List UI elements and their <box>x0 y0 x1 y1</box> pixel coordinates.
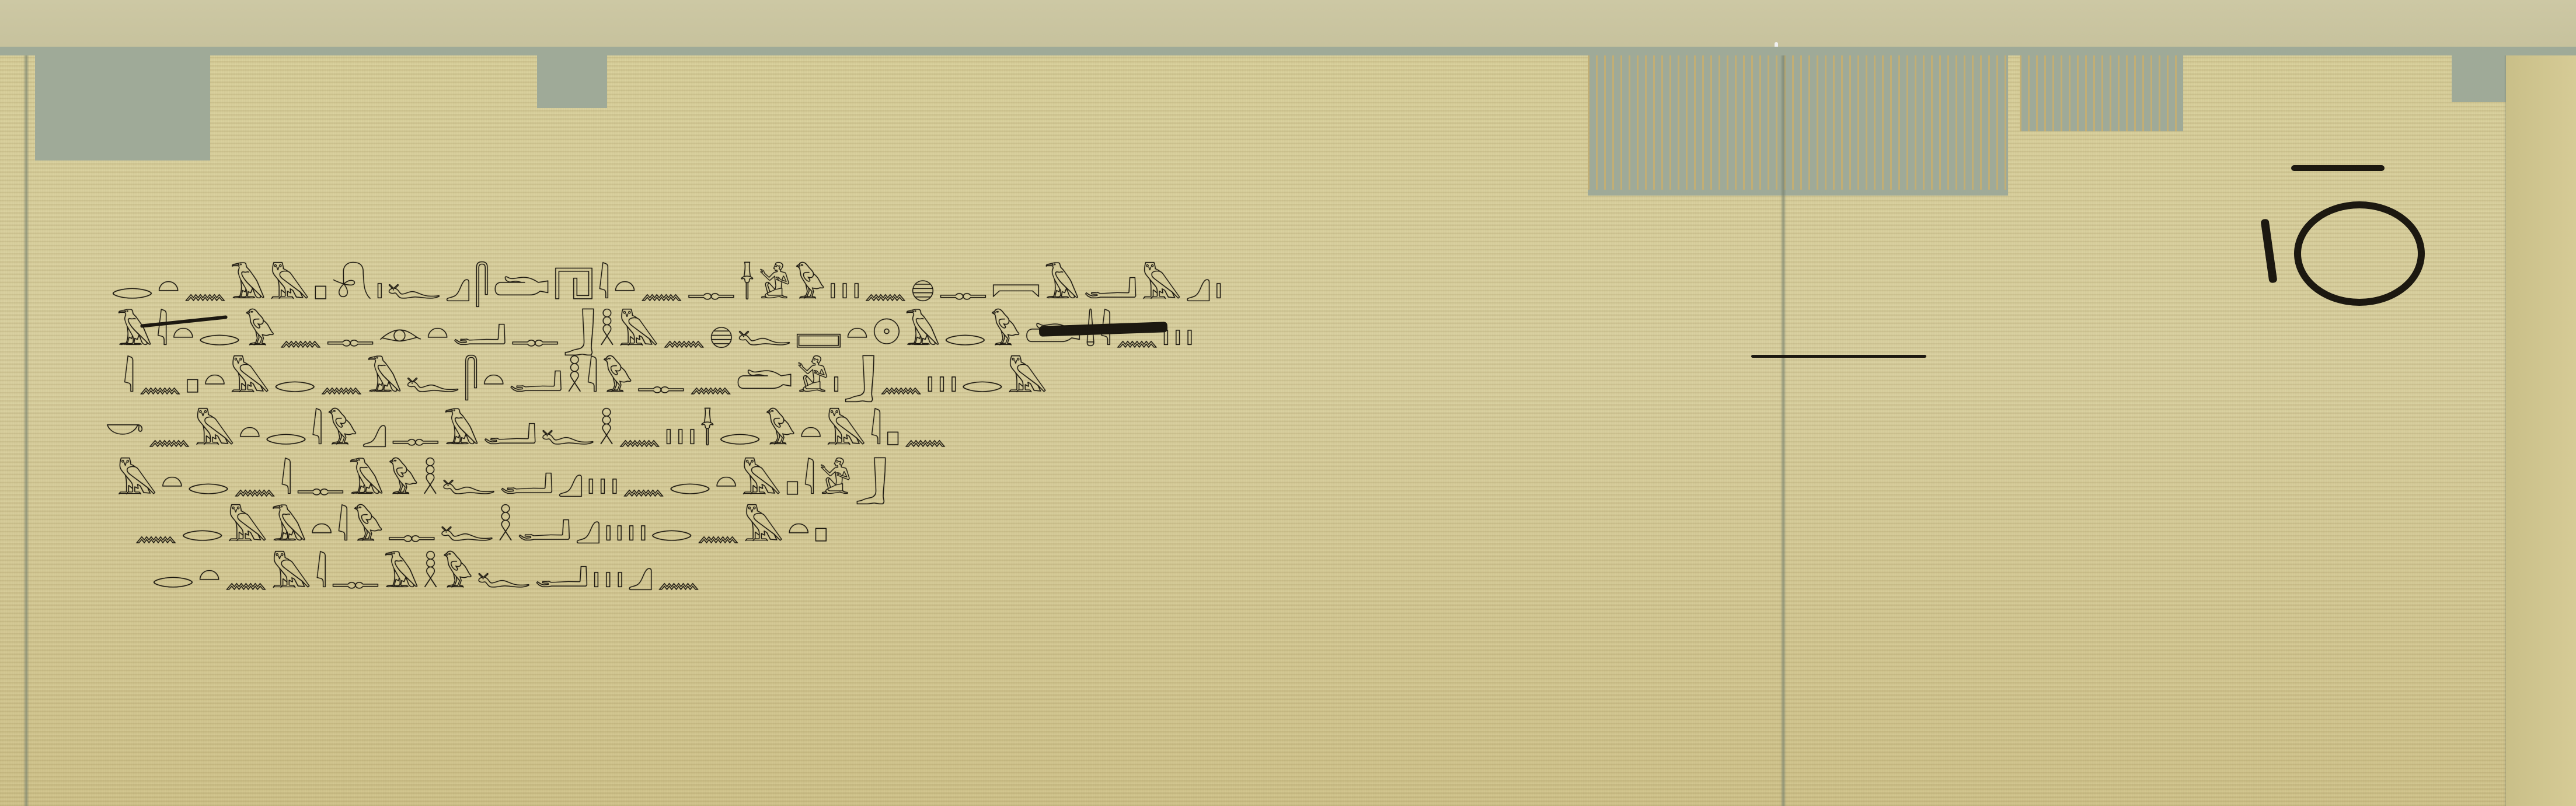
loose-fibers <box>1588 55 2008 190</box>
torn-area <box>35 55 210 160</box>
underline-stroke <box>1751 355 1926 358</box>
script-line-4: 𓎡𓈖𓅓𓏏𓂋𓇋𓅱𓈎𓊃𓄿𓂝𓆑𓎛𓈖𓏥𓌂𓂋𓅱𓏏𓅓𓇋𓊪𓈖 <box>105 397 950 438</box>
torn-area <box>537 55 607 108</box>
museum-wall <box>0 0 2576 53</box>
loose-fibers <box>2020 55 2183 131</box>
ink-stroke <box>2291 165 2385 171</box>
margin-circle-annotation <box>2294 201 2425 306</box>
script-line-3: 𓇋𓈖𓊪𓏏𓅓𓂋𓈖𓄿𓆑𓋴𓏏𓂝𓎛𓇋𓅱𓊃𓈖𓂧𓀀𓏤𓃀𓈖𓏥𓂋𓅓 <box>123 344 1051 385</box>
papyrus-right-margin <box>2506 55 2576 806</box>
script-line-5: 𓅓𓏏𓂋𓈖𓇋𓊃𓄿𓅱𓎛𓆑𓂝𓈎𓏥𓈖𓂋𓏏𓅓𓊪𓇋𓀀𓃀 <box>117 446 891 487</box>
script-line-2: 𓄿𓇋𓏏𓂋𓅱𓈖𓊃𓁹𓏏𓂝𓊃𓃀𓎛𓅓𓈖𓐍𓆑𓈙𓏏𓇳𓄿𓂋𓅱𓂧𓌃𓇋𓈖𓏥 <box>117 298 1197 339</box>
script-line-1: 𓂋𓏏𓈖𓄿𓅓𓊪𓍯𓏤𓆑𓈎𓋴𓂧𓉔𓇋𓏏𓈖𓊃𓌂𓀀𓅱𓏥𓈖𓐍𓊃𓇯𓄿𓂝𓅓𓈎𓏤 <box>111 251 1226 292</box>
script-line-7: 𓂋𓏏𓈖𓅓𓇋𓊃𓄿𓎛𓅱𓆑𓂝𓏥𓈎𓈖 <box>152 540 704 581</box>
sheet-join <box>23 55 29 806</box>
script-line-6: 𓈖𓂋𓅓𓄿𓏏𓇋𓅱𓊃𓆑𓎛𓂝𓈎𓏤𓏥𓂋𓈖𓅓𓏏𓊪 <box>134 493 832 534</box>
sheet-join <box>1780 55 1786 806</box>
